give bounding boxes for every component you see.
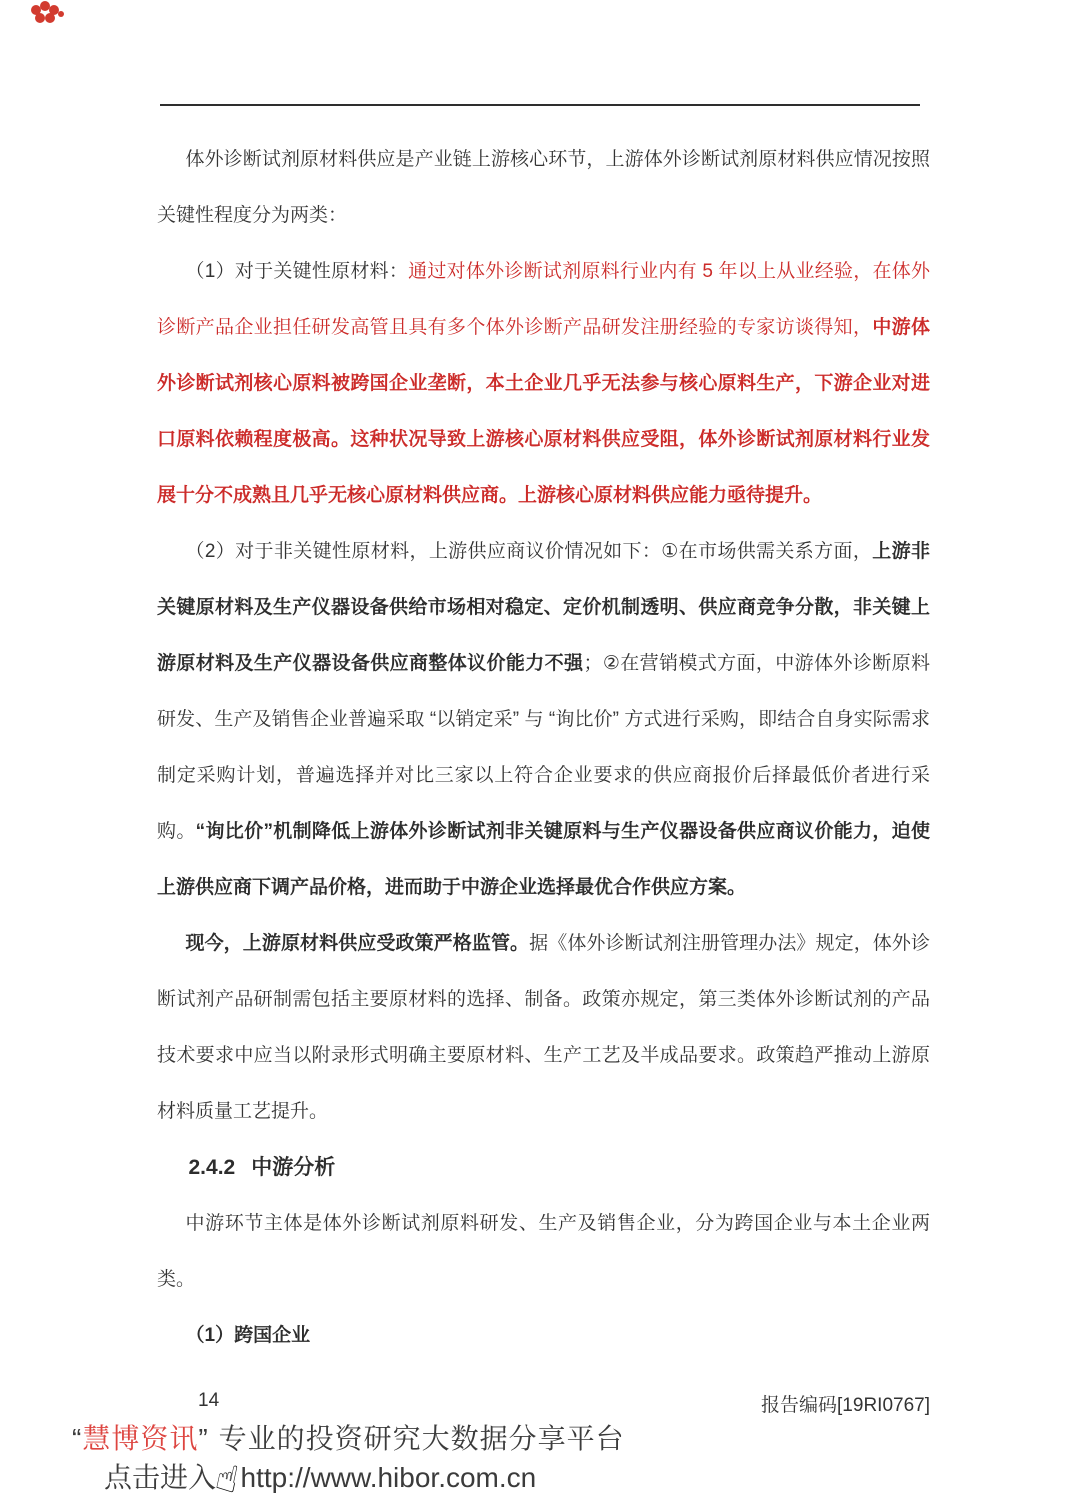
subitem-multinational: （1）跨国企业 (157, 1308, 930, 1364)
brand-name: 慧博资讯 (82, 1423, 198, 1454)
banner-cta[interactable]: 点击进入 (104, 1458, 216, 1498)
paragraph-policy: 现今，上游原材料供应受政策严格监管。据《体外诊断试剂注册管理办法》规定，体外诊断… (157, 916, 930, 1140)
quote-close: ” (198, 1423, 208, 1454)
quote-open: “ (72, 1423, 82, 1454)
key-materials-label: （1）对于关键性原材料： (186, 261, 409, 282)
intro-text: 体外诊断试剂原材料供应是产业链上游核心环节，上游体外诊断试剂原材料供应情况按照关… (157, 149, 930, 226)
banner-url-link[interactable]: http://www.hibor.com.cn (241, 1458, 537, 1498)
document-body: 体外诊断试剂原材料供应是产业链上游核心环节，上游体外诊断试剂原材料供应情况按照关… (157, 132, 930, 1364)
banner-tagline: 专业的投资研究大数据分享平台 (219, 1423, 625, 1454)
policy-bold: 现今，上游原材料供应受政策严格监管。 (186, 933, 530, 954)
nonkey-intro: （2）对于非关键性原材料，上游供应商议价情况如下：①在市场供需关系方面， (186, 541, 873, 562)
report-code: 报告编码[19RI0767] (761, 1390, 930, 1417)
corner-red-mark (26, 1, 68, 32)
subitem-multinational-label: （1）跨国企业 (186, 1325, 311, 1346)
paragraph-midstream: 中游环节主体是体外诊断试剂原料研发、生产及销售企业，分为跨国企业与本土企业两类。 (157, 1196, 930, 1308)
red-scribble-icon (26, 1, 68, 27)
paragraph-key-materials: （1）对于关键性原材料：通过对体外诊断试剂原料行业内有 5 年以上从业经验，在体… (157, 244, 930, 524)
section-heading-2-4-2: 2.4.2中游分析 (157, 1140, 930, 1196)
paragraph-nonkey-materials: （2）对于非关键性原材料，上游供应商议价情况如下：①在市场供需关系方面，上游非关… (157, 524, 930, 916)
section-number: 2.4.2 (189, 1156, 236, 1179)
banner-tagline-line: “慧博资讯”专业的投资研究大数据分享平台 (72, 1420, 1080, 1458)
section-title: 中游分析 (251, 1156, 335, 1179)
key-materials-red-bold-text: 中游体外诊断试剂核心原料被跨国企业垄断，本土企业几乎无法参与核心原料生产，下游企… (157, 317, 930, 506)
policy-regular: 据《体外诊断试剂注册管理办法》规定，体外诊断试剂产品研制需包括主要原材料的选择、… (157, 933, 930, 1122)
nonkey-bold-2: “询比价”机制降低上游体外诊断试剂非关键原料与生产仪器设备供应商议价能力，迫使上… (157, 821, 930, 898)
nonkey-regular: ；②在营销模式方面，中游体外诊断原料研发、生产及销售企业普遍采取 “以销定采” … (157, 653, 930, 842)
header-rule (160, 104, 920, 106)
hibor-banner: “慧博资讯”专业的投资研究大数据分享平台 点击进入☝http://www.hib… (0, 1420, 1080, 1498)
midstream-text: 中游环节主体是体外诊断试剂原料研发、生产及销售企业，分为跨国企业与本土企业两类。 (157, 1213, 930, 1290)
banner-link-line: 点击进入☝http://www.hibor.com.cn (104, 1458, 1080, 1498)
hand-pointer-icon[interactable]: ☝ (212, 1458, 242, 1499)
paragraph-intro: 体外诊断试剂原材料供应是产业链上游核心环节，上游体外诊断试剂原材料供应情况按照关… (157, 132, 930, 244)
page-number: 14 (198, 1390, 219, 1412)
